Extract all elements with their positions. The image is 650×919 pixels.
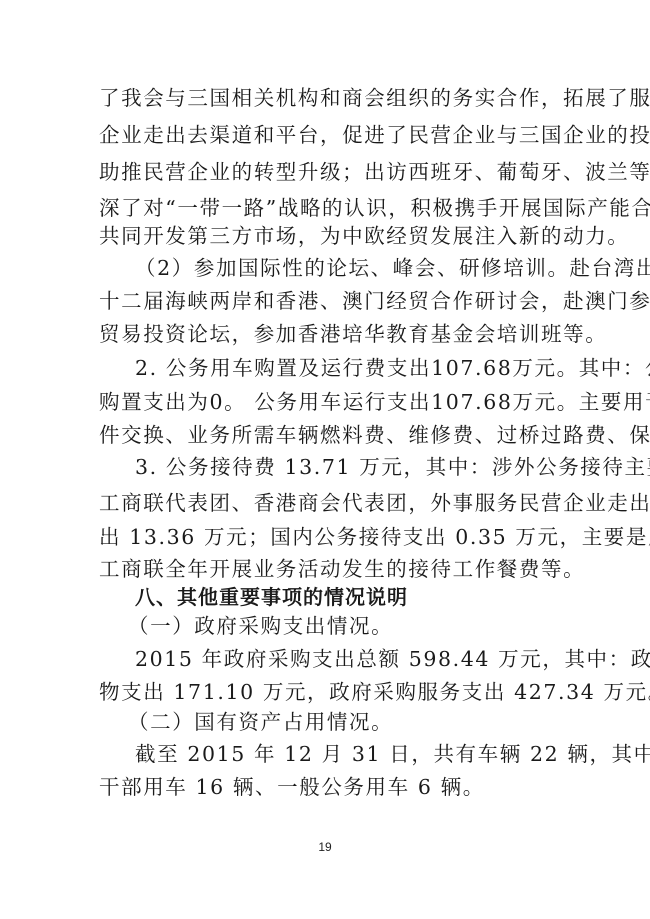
text-line: 了我会与三国相关机构和商会组织的务实合作，拓展了服务民营 — [99, 86, 569, 110]
page-number: 19 — [0, 840, 650, 854]
text-line: 工商联全年开展业务活动发生的接待工作餐费等。 — [99, 557, 569, 581]
text-line: 截至 2015 年 12 月 31 日，共有车辆 22 辆，其中，部级领导 — [135, 742, 605, 766]
text-line: 3. 公务接待费 13.71 万元，其中：涉外公务接待主要为台湾 — [135, 455, 605, 479]
text-line: 2015 年政府采购支出总额 598.44 万元，其中：政府采购货 — [135, 647, 605, 671]
document-page: 了我会与三国相关机构和商会组织的务实合作，拓展了服务民营 企业走出去渠道和平台，… — [0, 0, 650, 919]
text-line: 深了对“一带一路”战略的认识，积极携手开展国际产能合作、 — [99, 196, 569, 220]
section-heading: 八、其他重要事项的情况说明 — [135, 585, 605, 609]
text-line: 件交换、业务所需车辆燃料费、维修费、过桥过路费、保险费等。 — [99, 423, 569, 447]
text-line: （2）参加国际性的论坛、峰会、研修培训。赴台湾出席第 — [135, 256, 605, 280]
text-line: 十二届海峡两岸和香港、澳门经贸合作研讨会，赴澳门参加国际 — [99, 289, 569, 313]
text-line: 工商联代表团、香港商会代表团，外事服务民营企业走出去等支 — [99, 491, 569, 515]
subsection-title: （一）政府采购支出情况。 — [128, 614, 598, 638]
subsection-title: （二）国有资产占用情况。 — [128, 710, 598, 734]
text-line: 共同开发第三方市场，为中欧经贸发展注入新的动力。 — [99, 224, 569, 248]
text-line: 购置支出为0。 公务用车运行支出107.68万元。主要用于机要文 — [99, 390, 569, 414]
text-line: 企业走出去渠道和平台，促进了民营企业与三国企业的投资合作， — [99, 123, 569, 147]
text-line: 助推民营企业的转型升级；出访西班牙、葡萄牙、波兰等国，加 — [99, 160, 569, 184]
text-line: 贸易投资论坛，参加香港培华教育基金会培训班等。 — [99, 322, 569, 346]
text-line: 物支出 171.10 万元，政府采购服务支出 427.34 万元。 — [99, 680, 569, 704]
text-line: 出 13.36 万元；国内公务接待支出 0.35 万元，主要是用于全国 — [99, 525, 569, 549]
text-line: 干部用车 16 辆、一般公务用车 6 辆。 — [99, 775, 569, 799]
text-line: 2. 公务用车购置及运行费支出107.68万元。其中：公务用车 — [135, 356, 605, 380]
